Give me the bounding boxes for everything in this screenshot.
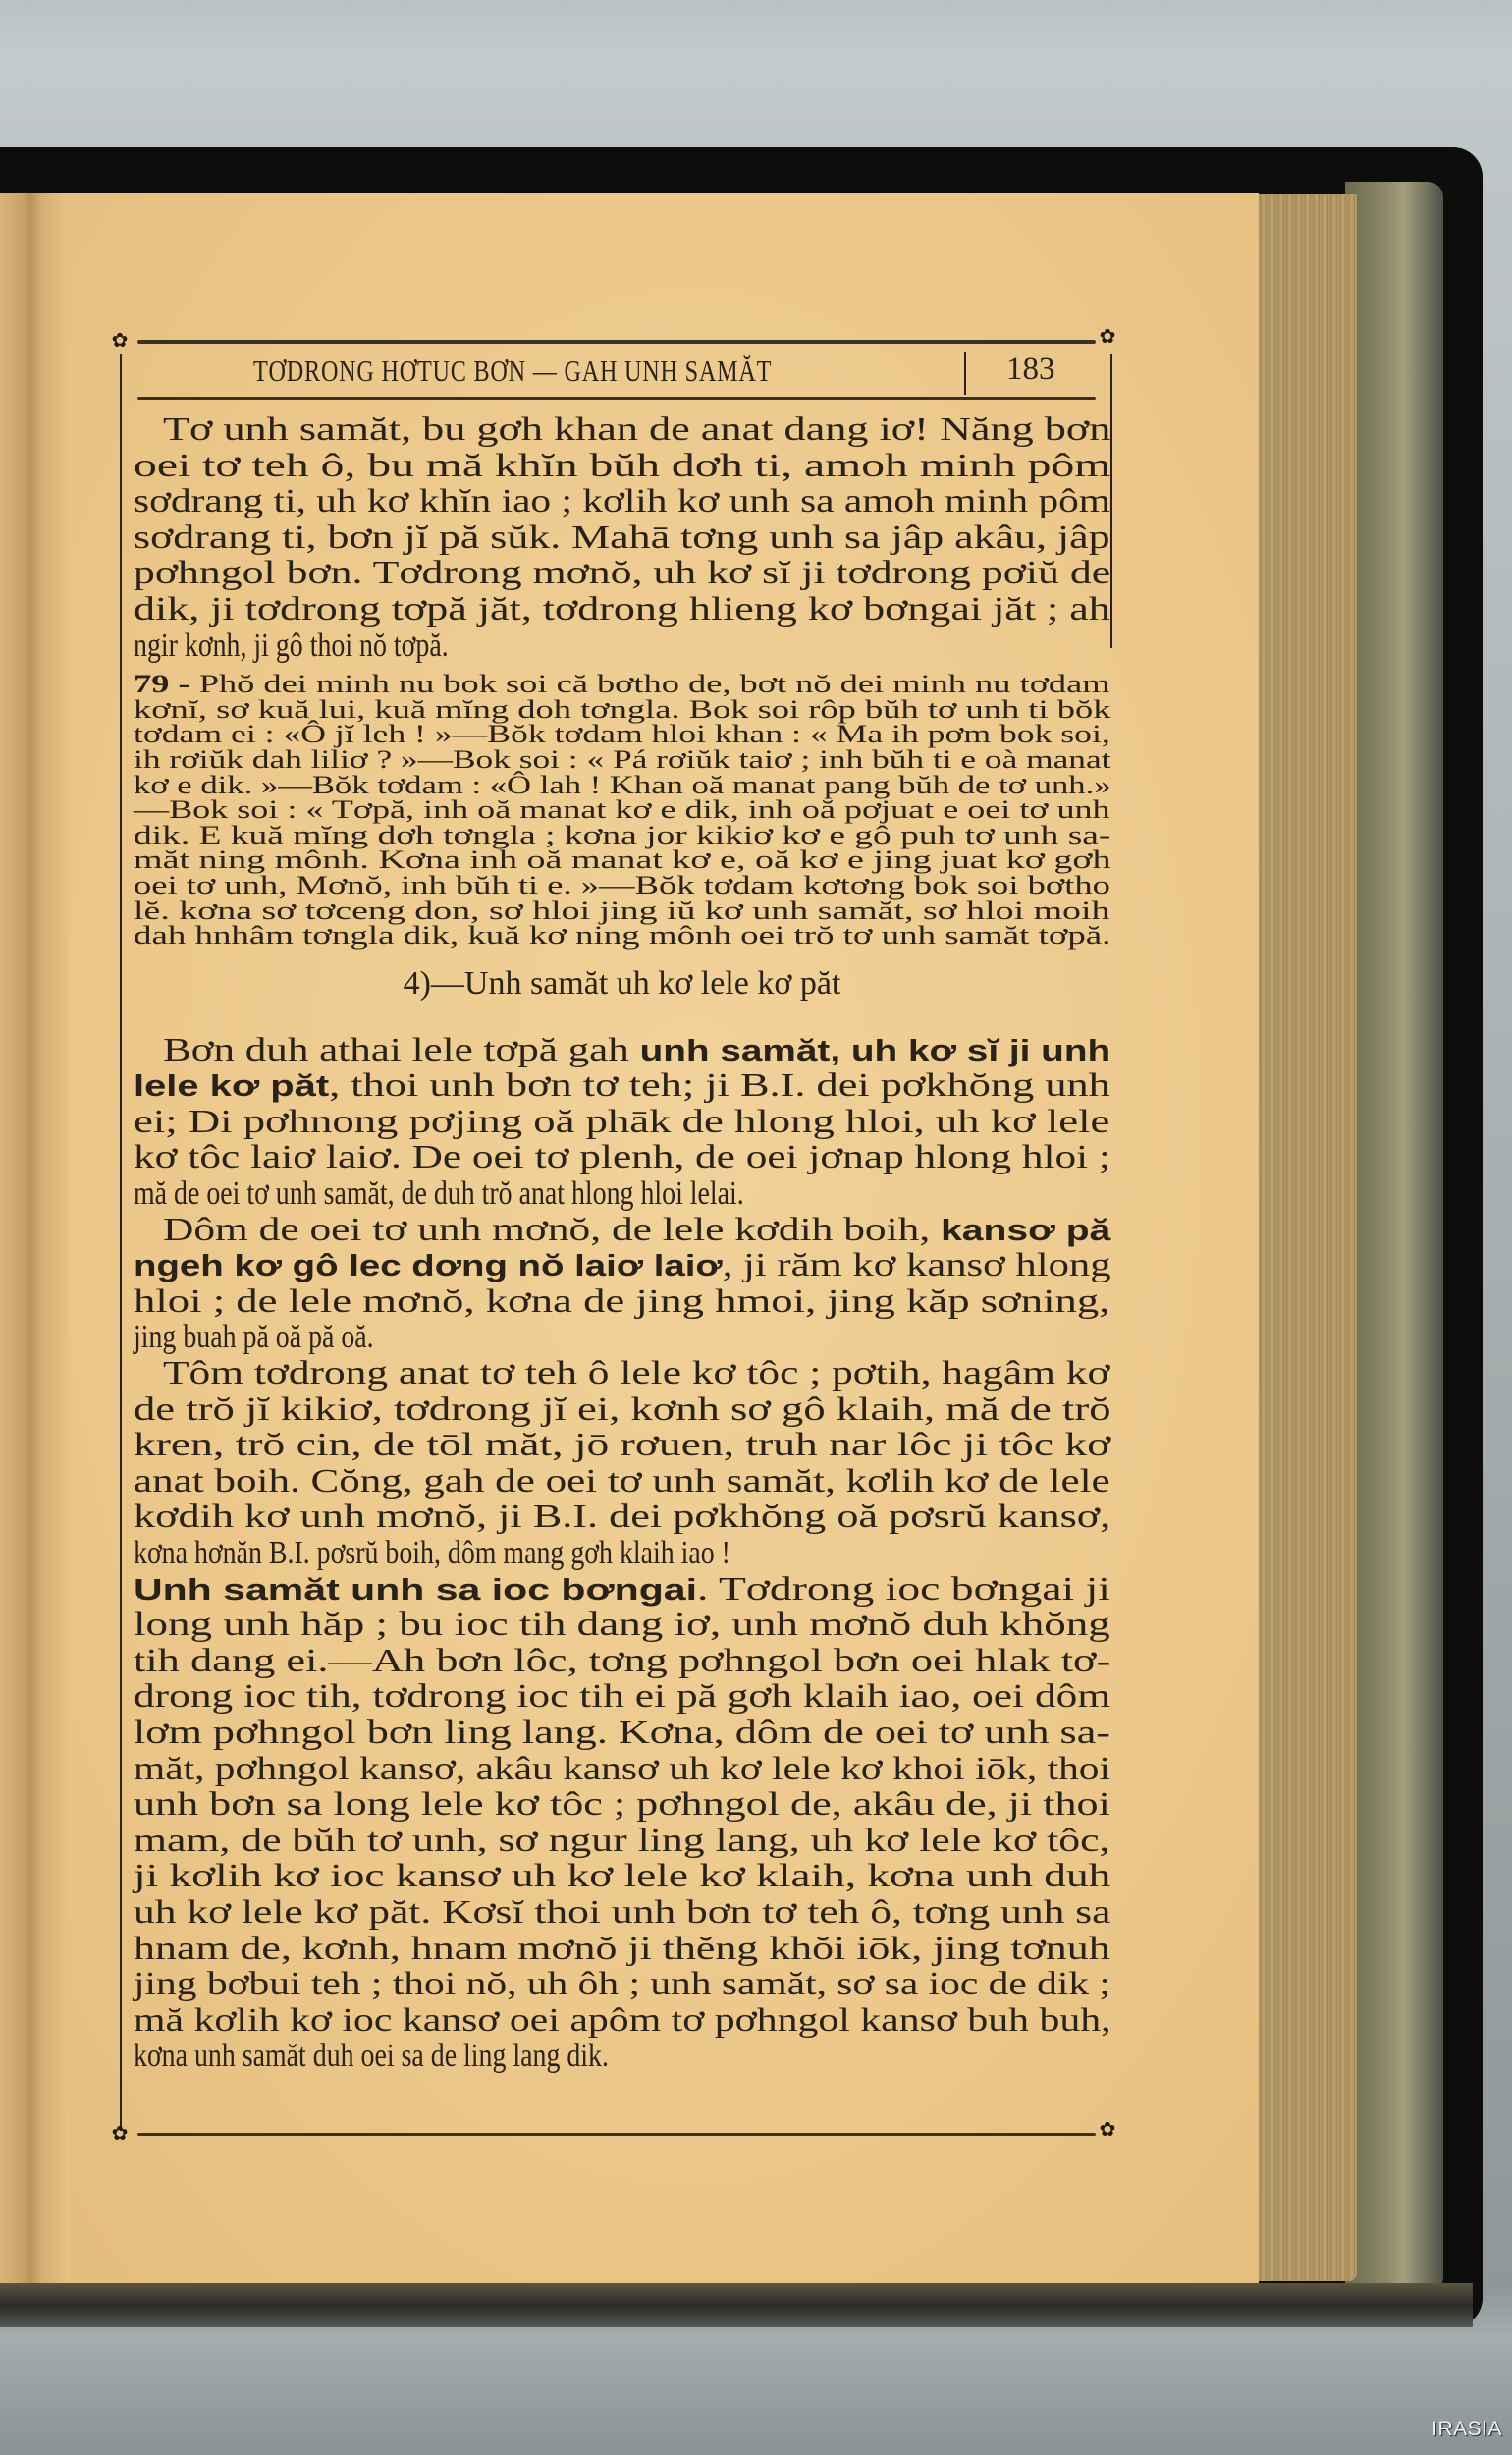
- text-line: Tôm tơdrong anat tơ teh ô lele kơ tôc ; …: [134, 1356, 1110, 1392]
- text-line: măt, pơhngol kansơ, akâu kansơ uh kơ lel…: [134, 1752, 1110, 1788]
- right-border-line: [1110, 354, 1112, 648]
- text-line: tơdam ei : «Ô jĭ leh ! »—Bŏk tơdam hloi …: [134, 722, 1110, 747]
- running-header: TƠDRONG HƠTUC BƠN — GAH UNH SAMĂT 183: [116, 352, 1117, 395]
- text-line: kơ e dik. »—Bŏk tơdam : «Ô lah ! Khan oă…: [134, 773, 1110, 798]
- text-line: dah hnhâm tơngla dik, kuă kơ ning mônh o…: [134, 923, 1110, 949]
- text-line: hloi ; de lele mơnŏ, kơna de jing hmoi, …: [134, 1284, 1110, 1321]
- text-line: mam, de bŭh tơ unh, sơ ngur ling lang, u…: [134, 1824, 1110, 1860]
- body-text: Tơ unh samăt, bu gơh khan de anat dang i…: [134, 412, 1110, 2075]
- text-line: de trŏ jĭ kikiơ, tơdrong jĭ ei, kơnh sơ …: [134, 1392, 1110, 1429]
- flower-ornament-icon: ✿: [1098, 2119, 1117, 2139]
- paragraph: Bơn duh athai lele tơpă gah unh samăt, u…: [134, 1033, 1110, 1213]
- text-line: dik. E kuă mĭng dơh tơngla ; kơna jor ki…: [134, 823, 1110, 848]
- text-line: lĕ. kơna sơ tơceng don, sơ hloi jing iŭ …: [134, 899, 1110, 924]
- header-rule: [137, 397, 1096, 400]
- text-run: Bơn duh athai lele tơpă gah: [163, 1032, 640, 1068]
- text-line: drong ioc tih, tơdrong ioc tih ei pă gơh…: [134, 1679, 1110, 1716]
- bold-run: kansơ pă: [941, 1214, 1110, 1247]
- text-line: jing bơbui teh ; thoi nŏ, uh ôh ; unh sa…: [134, 1967, 1110, 2003]
- paragraph: Dôm de oei tơ unh mơnŏ, de lele kơdih bo…: [134, 1213, 1110, 1356]
- bold-run: Unh samăt unh sa ioc bơngai: [134, 1573, 697, 1607]
- left-border-line: [120, 354, 122, 2131]
- text-run: , thoi unh bơn tơ teh; ji B.I. dei pơkhŏ…: [329, 1067, 1110, 1104]
- text-line: dik, ji tơdrong tơpă jăt, tơdrong hlieng…: [134, 592, 1110, 628]
- text-line: jing buah pă oă pă oă.: [134, 1320, 1110, 1356]
- text-line: tih dang ei.—Ah bơn lôc, tơng pơhngol bơ…: [134, 1644, 1110, 1680]
- text-line: sơdrang ti, uh kơ khĭn iao ; kơlih kơ un…: [134, 484, 1110, 520]
- text-line: kơ tôc laiơ laiơ. De oei tơ plenh, de oe…: [134, 1140, 1110, 1176]
- text-line: unh bơn sa long lele kơ tôc ; pơhngol de…: [134, 1787, 1110, 1824]
- footnote-block: 79 - Phŏ dei minh nu bok soi că bơtho de…: [134, 672, 1110, 949]
- text-line: long unh hăp ; bu ioc tih dang iơ, unh m…: [134, 1608, 1110, 1644]
- text-line: oei tơ teh ô, bu mă khĭn bŭh dơh ti, amo…: [134, 449, 1110, 485]
- top-rule: [137, 340, 1096, 344]
- text-run: . Tơdrong ioc bơngai ji: [697, 1571, 1110, 1608]
- text-line: pơhngol bơn. Tơdrong mơnŏ, uh kơ sĭ ji t…: [134, 556, 1110, 592]
- text-line: kơna unh samăt duh oei sa de ling lang d…: [134, 2039, 1110, 2075]
- page-number: 183: [1006, 352, 1055, 388]
- watermark: IRASIA: [1431, 2418, 1502, 2441]
- gutter-shadow: [0, 193, 69, 2283]
- text-line: oei tơ unh, Mơnŏ, inh bŭh ti e. »—Bŏk tơ…: [134, 873, 1110, 899]
- flower-ornament-icon: ✿: [110, 2123, 130, 2143]
- paragraph: Tôm tơdrong anat tơ teh ô lele kơ tôc ; …: [134, 1356, 1110, 1572]
- running-title: TƠDRONG HƠTUC BƠN — GAH UNH SAMĂT: [253, 354, 772, 389]
- text-line: anat boih. Cŏng, gah de oei tơ unh samăt…: [134, 1464, 1110, 1500]
- text-line: —Bok soi : « Tơpă, inh oă manat kơ e dik…: [134, 797, 1110, 823]
- text-line: mă de oei tơ unh samăt, de duh trŏ anat …: [134, 1176, 1110, 1213]
- flower-ornament-icon: ✿: [110, 330, 130, 350]
- flower-ornament-icon: ✿: [1098, 326, 1117, 346]
- text-line: ei; Di pơhnong pơjing oă phāk de hlong h…: [134, 1105, 1110, 1141]
- text-line: kơdih kơ unh mơnŏ, ji B.I. dei pơkhŏng o…: [134, 1500, 1110, 1536]
- text-line: kơnĭ, sơ kuă lui, kuă mĭng doh tơngla. B…: [134, 697, 1110, 723]
- section-heading: 4)—Unh samăt uh kơ lele kơ păt: [134, 964, 1110, 1004]
- text-line: măt ning mônh. Kơna inh oă manat kơ e, o…: [134, 847, 1110, 873]
- text-line: ih rơiŭk dah liliơ ? »—Bok soi : « Pá rơ…: [134, 747, 1110, 773]
- text-line: kren, trŏ cin, de tōl măt, jō rơuen, tru…: [134, 1428, 1110, 1464]
- book-spine-edge: [1345, 182, 1443, 2293]
- bottom-edge-shadow: [0, 2283, 1473, 2327]
- text-run: , ji răm kơ kansơ hlong: [723, 1247, 1111, 1283]
- text-line: lơm pơhngol bơn ling lang. Kơna, dôm de …: [134, 1716, 1110, 1752]
- text-run: Dôm de oei tơ unh mơnŏ, de lele kơdih bo…: [163, 1212, 941, 1248]
- text-line: kơna hơnăn B.I. pơsrŭ boih, dôm mang gơh…: [134, 1536, 1110, 1572]
- text-line: hnam de, kơnh, hnam mơnŏ ji thĕng khŏi i…: [134, 1932, 1110, 1968]
- bold-run: unh samăt, uh kơ sĭ ji unh: [640, 1034, 1111, 1067]
- header-separator: [964, 352, 966, 395]
- text-line: Tơ unh samăt, bu gơh khan de anat dang i…: [134, 412, 1110, 449]
- paragraph: Tơ unh samăt, bu gơh khan de anat dang i…: [134, 412, 1110, 664]
- page-frame: ✿ ✿ ✿ ✿ TƠDRONG HƠTUC BƠN — GAH UNH SAMĂ…: [116, 334, 1117, 2151]
- paragraph: Unh samăt unh sa ioc bơngai. Tơdrong ioc…: [134, 1572, 1110, 2075]
- bottom-rule: [137, 2133, 1096, 2136]
- bold-run: ngeh kơ gô lec dơng nŏ laiơ laiơ: [134, 1249, 723, 1282]
- text-line: uh kơ lele kơ păt. Kơsĭ thoi unh bơn tơ …: [134, 1895, 1110, 1932]
- text-line: ji kơlih kơ ioc kansơ uh kơ lele kơ klai…: [134, 1859, 1110, 1895]
- text-line: sơdrang ti, bơn jĭ pă sŭk. Mahā tơng unh…: [134, 520, 1110, 557]
- text-line: mă kơlih kơ ioc kansơ oei apôm tơ pơhngo…: [134, 2003, 1110, 2040]
- page-edges: [1249, 194, 1357, 2281]
- text-line: ngir kơnh, ji gô thoi nŏ tơpă.: [134, 628, 1110, 665]
- bold-run: lele kơ păt: [134, 1069, 329, 1103]
